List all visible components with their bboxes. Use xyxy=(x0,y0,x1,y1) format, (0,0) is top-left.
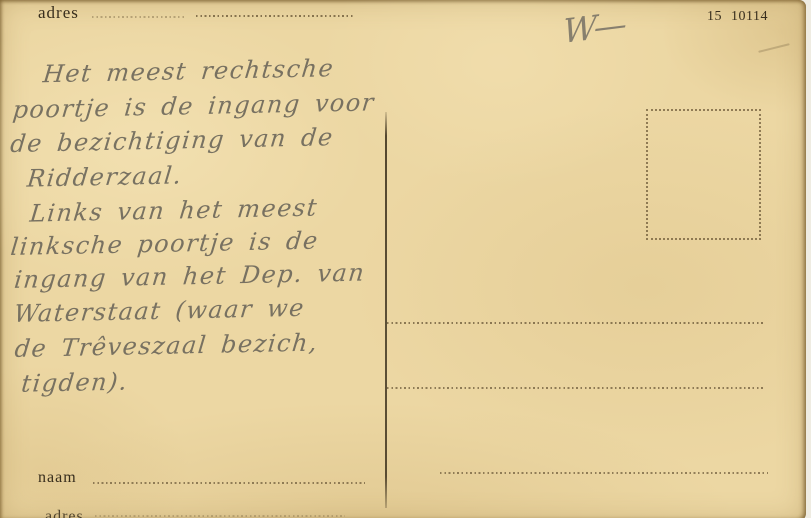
handwriting-line: ingang van het Dep. van xyxy=(13,259,367,294)
postcard-back: adres 15 10114 W— Het meest rechtsche po… xyxy=(0,0,806,518)
handwriting-line: Links van het meest xyxy=(29,193,320,227)
handwriting-line: poortje is de ingang voor xyxy=(11,88,376,124)
serial-number: 15 10114 xyxy=(707,9,768,25)
stamp-box xyxy=(646,109,761,240)
handwriting-line: Ridderzaal. xyxy=(26,161,184,192)
adres-bottom-dotted-line xyxy=(95,515,345,517)
handwriting-line: linksche poortje is de xyxy=(9,226,320,261)
naam-label: naam xyxy=(38,469,77,487)
address-dotted-line-3 xyxy=(440,472,768,474)
divider-line xyxy=(385,112,387,508)
pencil-squiggle-mark xyxy=(758,43,790,53)
adres-label-bottom: adres xyxy=(45,508,84,518)
address-dotted-line-1 xyxy=(387,322,764,324)
naam-dotted-line xyxy=(93,482,365,484)
pencil-w-mark: W— xyxy=(563,4,624,51)
handwriting-line: de bezichtiging van de xyxy=(9,123,335,158)
handwriting-line: tigden). xyxy=(20,368,130,398)
handwriting-line: Waterstaat (waar we xyxy=(13,294,307,328)
handwritten-message: Het meest rechtsche poortje is de ingang… xyxy=(0,0,404,434)
handwriting-line: Het meest rechtsche xyxy=(42,54,336,88)
address-dotted-line-2 xyxy=(387,387,764,389)
handwriting-line: de Trêveszaal bezich, xyxy=(13,329,319,363)
